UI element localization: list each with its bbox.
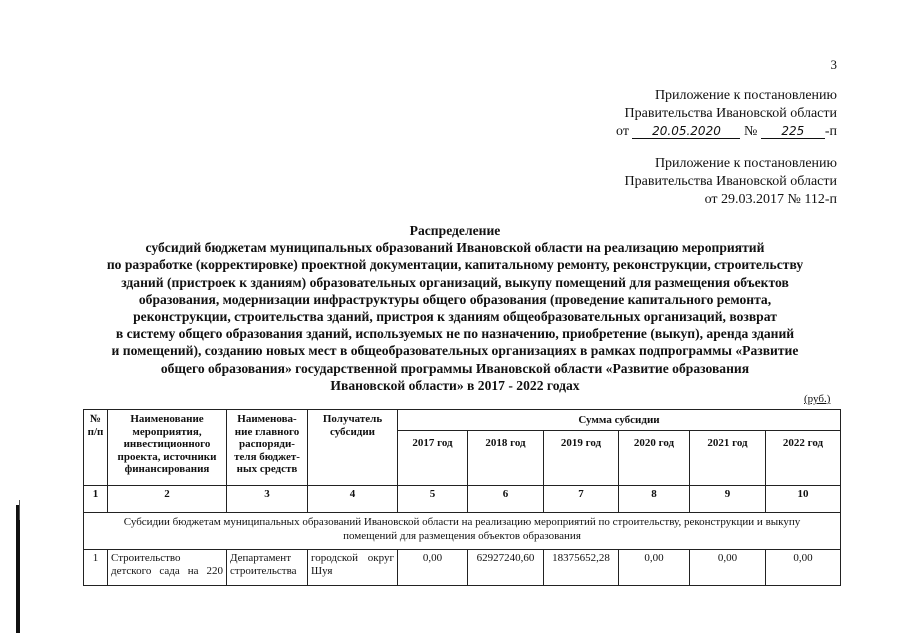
amount-2021: 0,00: [690, 550, 766, 586]
amount-2022: 0,00: [766, 550, 841, 586]
row-recipient: городской округ Шуя: [308, 550, 398, 586]
header-administrator: Наименова-ние главного распоряди-теля бю…: [227, 410, 308, 486]
row-number: 1: [84, 550, 108, 586]
section-title: Субсидии бюджетам муниципальных образова…: [84, 513, 841, 550]
header-year: 2017 год: [398, 431, 468, 486]
number-suffix: -п: [825, 124, 837, 139]
handwritten-date: 20.05.2020: [632, 124, 740, 139]
column-number: 3: [227, 486, 308, 513]
column-number-row: 1 2 3 4 5 6 7 8 9 10: [84, 486, 841, 513]
row-activity: Строительство детского сада на 220: [108, 550, 227, 586]
row-administrator-line: Департамент: [230, 552, 304, 565]
amount-2019: 18375652,28: [544, 550, 619, 586]
row-administrator-line: строительства: [230, 565, 304, 578]
column-number: 10: [766, 486, 841, 513]
column-number: 2: [108, 486, 227, 513]
scan-artifact: [16, 505, 20, 633]
column-number: 5: [398, 486, 468, 513]
row-recipient-line: городской округ: [311, 552, 394, 565]
header-year: 2018 год: [468, 431, 544, 486]
amount-2020: 0,00: [619, 550, 690, 586]
section-row: Субсидии бюджетам муниципальных образова…: [84, 513, 841, 550]
column-number: 1: [84, 486, 108, 513]
title-line: зданий (пристроек к зданиям) образовател…: [60, 274, 850, 291]
amount-2018: 62927240,60: [468, 550, 544, 586]
amount-2017: 0,00: [398, 550, 468, 586]
column-number: 4: [308, 486, 398, 513]
header-year: 2019 год: [544, 431, 619, 486]
column-number: 8: [619, 486, 690, 513]
appendix-current-line2: Правительства Ивановской области: [616, 105, 837, 123]
title-line: общего образования» государственной прог…: [60, 360, 850, 377]
row-activity-line: Строительство: [111, 552, 223, 565]
scan-artifact: [19, 500, 20, 520]
appendix-original-line3: от 29.03.2017 № 112-п: [625, 191, 837, 209]
title-line: в систему общего образования зданий, исп…: [60, 325, 850, 342]
appendix-original-line2: Правительства Ивановской области: [625, 173, 837, 191]
currency-unit: (руб.): [804, 393, 830, 405]
header-year: 2022 год: [766, 431, 841, 486]
header-activity: Наименование мероприятия, инвестиционног…: [108, 410, 227, 486]
column-number: 6: [468, 486, 544, 513]
number-sign: №: [744, 124, 757, 139]
appendix-prefix: от: [616, 124, 629, 139]
title-line: образования, модернизации инфраструктуры…: [60, 291, 850, 308]
title-line: и помещений), созданию новых мест в обще…: [60, 342, 850, 359]
appendix-original-line1: Приложение к постановлению: [625, 155, 837, 173]
appendix-current-line3: от 20.05.2020 № 225-п: [616, 123, 837, 141]
column-number: 7: [544, 486, 619, 513]
appendix-current-line1: Приложение к постановлению: [616, 87, 837, 105]
title-line: субсидий бюджетам муниципальных образова…: [60, 239, 850, 256]
header-row: № п/п Наименование мероприятия, инвестиц…: [84, 410, 841, 431]
row-recipient-line: Шуя: [311, 565, 394, 578]
title-line: по разработке (корректировке) проектной …: [60, 256, 850, 273]
header-year: 2020 год: [619, 431, 690, 486]
handwritten-number: 225: [761, 124, 825, 139]
header-sum-group: Сумма субсидии: [398, 410, 841, 431]
table-row: 1 Строительство детского сада на 220 Деп…: [84, 550, 841, 586]
page-number: 3: [831, 57, 838, 73]
appendix-current: Приложение к постановлению Правительства…: [616, 87, 837, 141]
header-number: № п/п: [84, 410, 108, 486]
header-recipient: Получатель субсидии: [308, 410, 398, 486]
row-administrator: Департамент строительства: [227, 550, 308, 586]
title-heading: Распределение: [60, 222, 850, 239]
subsidy-table: № п/п Наименование мероприятия, инвестиц…: [83, 409, 841, 586]
document-title: Распределение субсидий бюджетам муниципа…: [60, 222, 850, 394]
appendix-original: Приложение к постановлению Правительства…: [625, 155, 837, 209]
title-line: реконструкции, строительства зданий, при…: [60, 308, 850, 325]
column-number: 9: [690, 486, 766, 513]
title-line: Ивановской области» в 2017 - 2022 годах: [60, 377, 850, 394]
row-activity-line: детского сада на 220: [111, 565, 223, 578]
header-year: 2021 год: [690, 431, 766, 486]
